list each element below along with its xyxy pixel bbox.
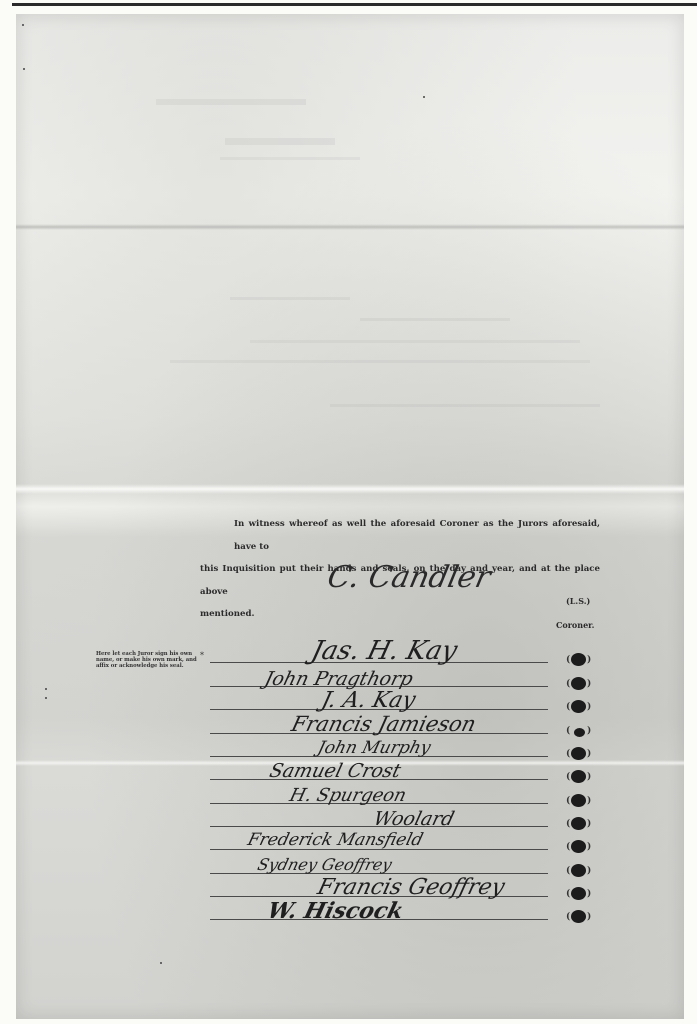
seal-paren: ( <box>566 889 570 899</box>
juror-signature: Francis Jamieson <box>289 712 479 736</box>
seal-paren: ) <box>587 726 591 736</box>
seal-paren: ) <box>587 749 591 759</box>
juror-signature: Sydney Geoffrey <box>256 855 394 874</box>
scan-speck <box>45 688 47 690</box>
faded-line <box>360 318 510 321</box>
seal-paren: ) <box>587 772 591 782</box>
wax-seal-icon <box>571 770 586 783</box>
seal-paren: ) <box>587 912 591 922</box>
seal-paren: ) <box>587 819 591 829</box>
scan-top-edge <box>12 3 697 6</box>
fold-crease-upper <box>16 224 684 230</box>
fold-crease-middle <box>16 484 684 494</box>
juror-signature: Woolard <box>371 808 456 830</box>
seal-paren: ( <box>566 912 570 922</box>
wax-seal-icon <box>571 840 586 853</box>
juror-instruction-note: Here let each Juror sign his own name, o… <box>96 651 206 670</box>
scan-speck <box>23 68 25 70</box>
wax-seal-icon <box>574 728 585 737</box>
seal-paren: ) <box>587 889 591 899</box>
juror-signature: H. Spurgeon <box>287 785 408 806</box>
juror-signature: John Murphy <box>316 738 433 758</box>
scan-speck <box>45 697 47 699</box>
seal-paren: ( <box>566 726 570 736</box>
coroner-signature: C. Candler <box>324 560 493 595</box>
faded-line <box>230 297 350 300</box>
witness-line-1: In witness whereof as well the aforesaid… <box>200 513 600 558</box>
scan-speck <box>160 962 162 964</box>
seal-paren: ) <box>587 679 591 689</box>
wax-seal-icon <box>571 747 586 760</box>
scan-speck <box>22 24 24 26</box>
seal-paren: ( <box>566 866 570 876</box>
faded-heading <box>225 138 335 145</box>
seal-paren: ( <box>566 702 570 712</box>
juror-signature: Frederick Mansfield <box>246 830 426 850</box>
wax-seal-icon <box>571 794 586 807</box>
faded-line <box>330 404 600 407</box>
seal-paren: ( <box>566 772 570 782</box>
wax-seal-icon <box>571 887 586 900</box>
wax-seal-icon <box>571 817 586 830</box>
coroner-seal-label: (L.S.) <box>566 596 590 606</box>
wax-seal-icon <box>571 653 586 666</box>
coroner-title: Coroner. <box>556 620 594 630</box>
asterisk-marker: * <box>200 651 204 660</box>
faded-heading <box>156 99 306 105</box>
wax-seal-icon <box>571 864 586 877</box>
wax-seal-icon <box>571 910 586 923</box>
faded-line <box>250 340 580 343</box>
seal-paren: ) <box>587 655 591 665</box>
seal-paren: ) <box>587 796 591 806</box>
seal-paren: ( <box>566 819 570 829</box>
wax-seal-icon <box>571 700 586 713</box>
juror-signature: J. A. Kay <box>319 688 418 713</box>
seal-paren: ) <box>587 866 591 876</box>
faded-line <box>220 157 360 160</box>
witness-line-3: mentioned. <box>200 603 600 626</box>
seal-paren: ) <box>587 702 591 712</box>
scan-speck <box>423 96 425 98</box>
juror-signature: Jas. H. Kay <box>308 636 460 666</box>
juror-signature: Samuel Crost <box>267 760 403 782</box>
seal-paren: ( <box>566 749 570 759</box>
juror-signature: John Pragthorp <box>262 668 415 690</box>
seal-paren: ( <box>566 842 570 852</box>
seal-paren: ( <box>566 655 570 665</box>
seal-paren: ) <box>587 842 591 852</box>
seal-paren: ( <box>566 679 570 689</box>
juror-signature: Francis Geoffrey <box>315 875 507 900</box>
seal-paren: ( <box>566 796 570 806</box>
wax-seal-icon <box>571 677 586 690</box>
faded-line <box>170 360 590 363</box>
juror-signature: W. Hiscock <box>265 898 406 924</box>
